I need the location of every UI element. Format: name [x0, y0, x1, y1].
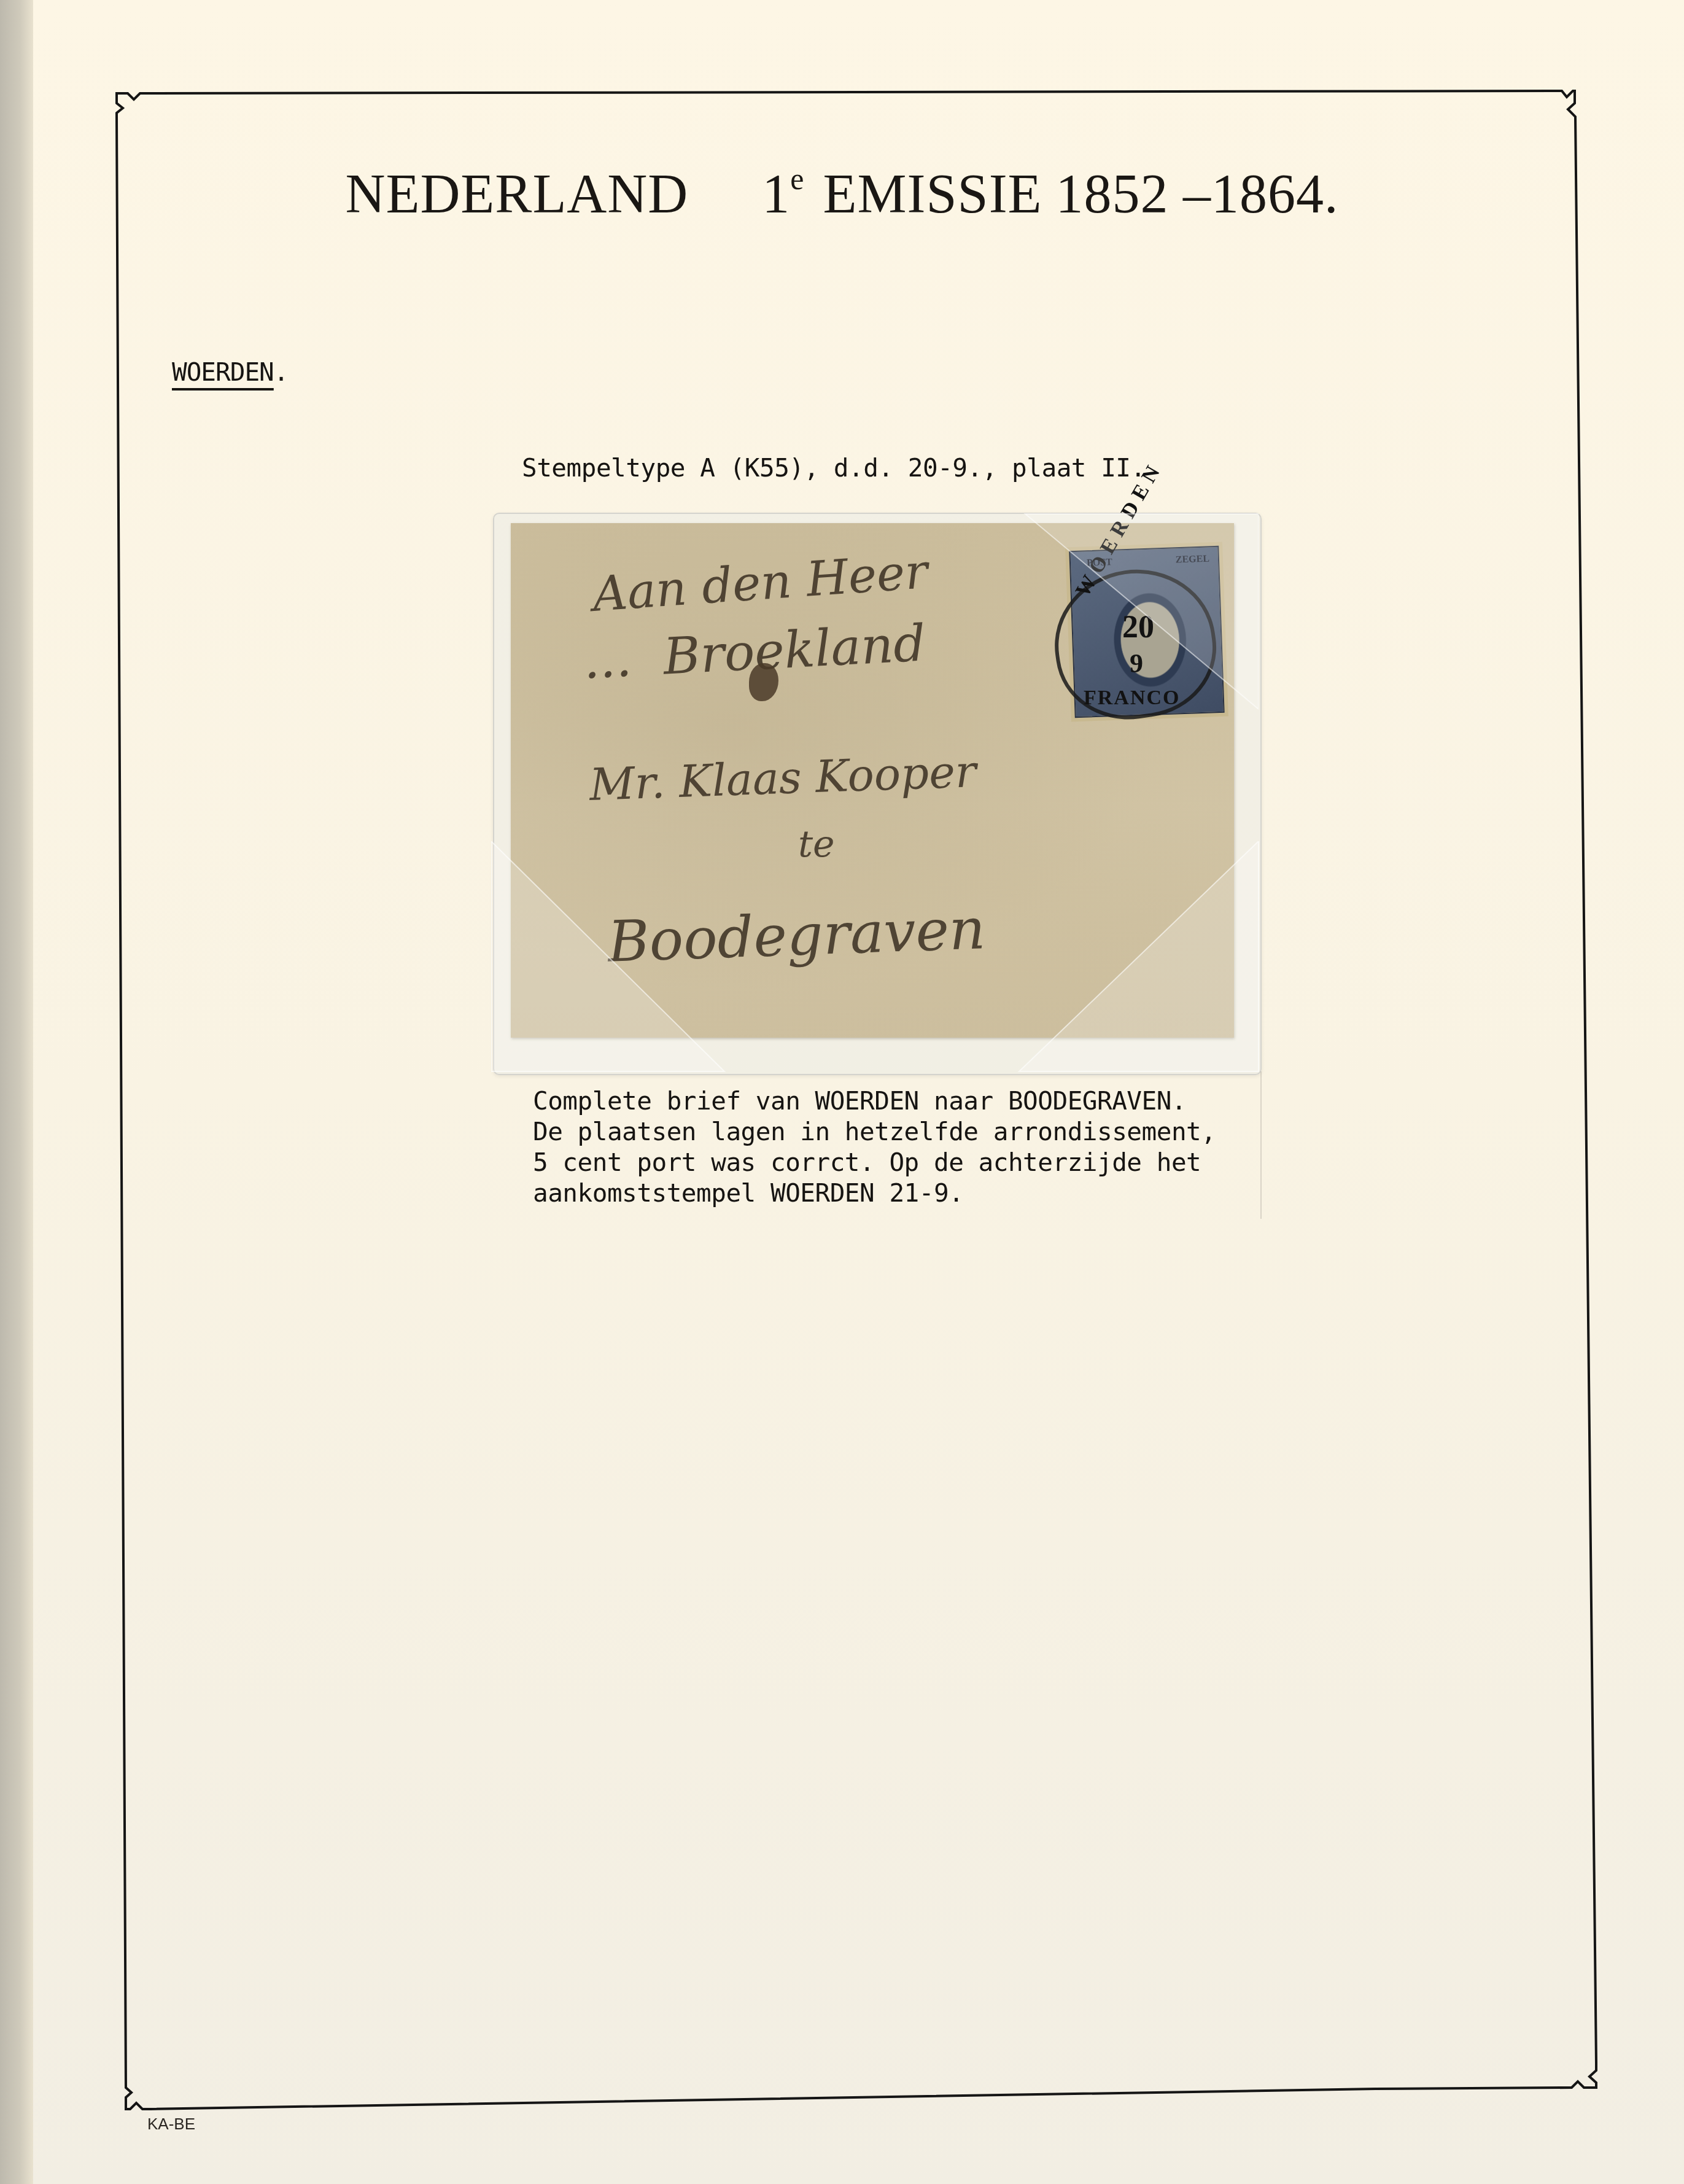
- place-heading: WOERDEN.: [172, 357, 288, 387]
- postmark-note: Stempeltype A (K55), d.d. 20-9., plaat I…: [522, 453, 1146, 483]
- title-issue-word: EMISSIE: [823, 164, 1042, 225]
- title-issue-number: 1: [762, 164, 790, 225]
- cover-description: Complete brief van WOERDEN naar BOODEGRA…: [533, 1086, 1216, 1208]
- caption-line: Complete brief van WOERDEN naar BOODEGRA…: [533, 1086, 1216, 1116]
- title-country: NEDERLAND: [345, 164, 688, 225]
- mount-corners: [491, 841, 1265, 1075]
- page-title: NEDERLAND1eEMISSIE1852 –1864.: [0, 161, 1684, 226]
- place-heading-punct: .: [274, 357, 289, 387]
- caption-line: 5 cent port was corrct. Op de achterzijd…: [533, 1147, 1216, 1178]
- caption-slip-edge: [1260, 1071, 1262, 1219]
- title-years: 1852 –1864.: [1056, 164, 1339, 225]
- publisher-mark: KA-BE: [147, 2115, 195, 2134]
- mount-corner-top-right: [1019, 513, 1259, 715]
- place-heading-text: WOERDEN: [172, 357, 274, 387]
- caption-line: aankomststempel WOERDEN 21-9.: [533, 1178, 1216, 1208]
- caption-line: De plaatsen lagen in hetzelfde arrondiss…: [533, 1116, 1216, 1147]
- title-issue-suffix: e: [790, 161, 804, 196]
